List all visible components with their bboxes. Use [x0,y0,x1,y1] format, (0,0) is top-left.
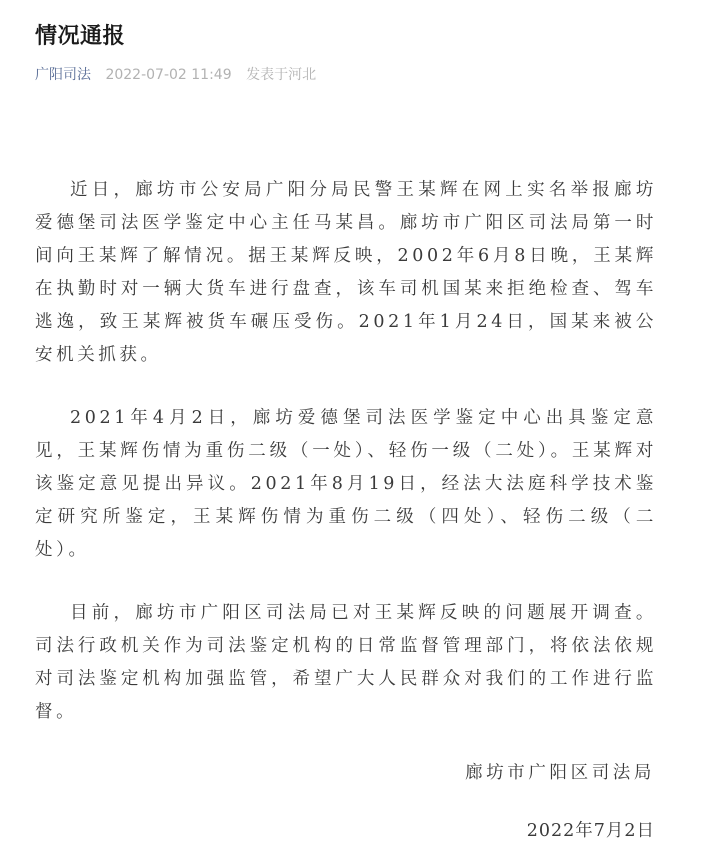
article-body: 近日，廊坊市公安局广阳分局民警王某辉在网上实名举报廊坊爱德堡司法医学鉴定中心主任… [35,174,657,759]
publish-time: 2022-07-02 11:49 [105,67,231,83]
signature-organization: 廊坊市广阳区司法局 [465,758,655,788]
paragraph-1: 近日，廊坊市公安局广阳分局民警王某辉在网上实名举报廊坊爱德堡司法医学鉴定中心主任… [35,174,657,372]
signature-date: 2022年7月2日 [527,816,655,846]
article-title: 情况通报 [35,22,125,52]
article-meta: 广阳司法 2022-07-02 11:49 发表于河北 [35,65,316,85]
paragraph-3: 目前，廊坊市广阳区司法局已对王某辉反映的问题展开调查。司法行政机关作为司法鉴定机… [35,597,657,729]
publish-location: 发表于河北 [246,67,316,83]
paragraph-2: 2021年4月2日，廊坊爱德堡司法医学鉴定中心出具鉴定意见，王某辉伤情为重伤二级… [35,402,657,567]
account-name-link[interactable]: 广阳司法 [35,67,91,83]
